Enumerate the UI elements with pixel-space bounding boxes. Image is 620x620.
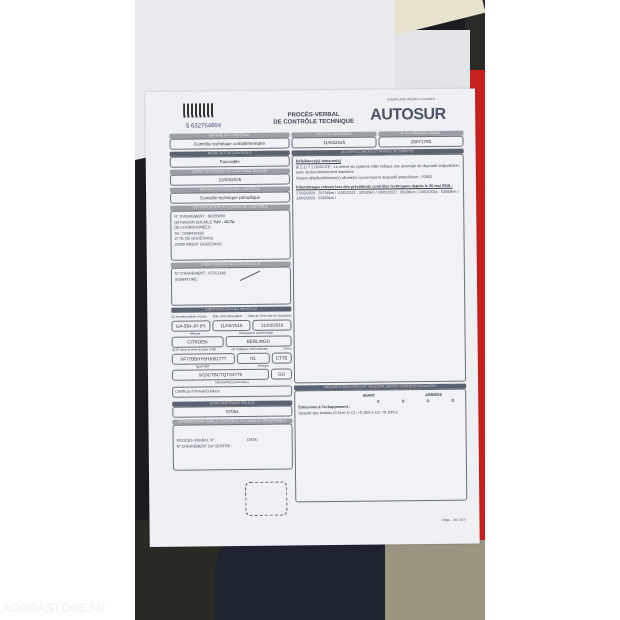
document-photo: S 632754604 EXEMPLAIRE REMIS A L'USAGER … <box>135 0 485 620</box>
measures-box: AVANT ARRIÈRE G D G D Émissions à l'écha… <box>294 389 467 503</box>
previous-control-box: PROCÈS-VERBAL N° : DATE : N° D'AGRÉMENT … <box>172 423 292 470</box>
rear-left-label: G <box>427 399 430 405</box>
pv-number-value: 25071789 <box>378 136 463 148</box>
controller-box: N° D'AGRÉMENT : 072C1148 SIGNATURE : <box>171 266 291 305</box>
energy-value: GO <box>271 368 292 379</box>
signature-label: SIGNATURE : <box>175 276 287 283</box>
defect-2: Voyant défaillant/témoin(s) allumé(s) co… <box>296 174 460 181</box>
front-label: AVANT <box>363 394 376 400</box>
right-column: DATE DU CONTRÔLE 11/03/2025 N° DU PROCÈS… <box>291 131 467 503</box>
front-left-label: G <box>377 399 380 405</box>
left-column: NATURE DU CONTRÔLE Contrôle technique co… <box>169 132 293 470</box>
prev-centre-label: N° D'AGRÉMENT DU CENTRE : <box>177 443 289 450</box>
centre-city: 29200 BREST GOUESNOU <box>175 241 287 248</box>
category-label: (3) Catégorie internationale <box>231 347 267 353</box>
controller-agrement: 072C1148 <box>208 271 225 275</box>
plate-value: GA-554-JH (F) <box>171 320 210 331</box>
body-label: Genre <box>283 346 291 352</box>
centre-name: TUV - OCTA <box>213 220 234 224</box>
watermark: AGORASTORE.FR <box>2 603 105 615</box>
copy-label: EXEMPLAIRE REMIS A L'USAGER <box>387 97 435 101</box>
centre-name-label: (8) RAISON SOCIALE <box>174 220 212 224</box>
vehicle-box: (3) Immatriculation et pays Date d'immat… <box>171 311 292 399</box>
defects-box: Défaillance(s) mineure(s) (6.2.1) 7.1 OP… <box>292 154 466 384</box>
inspection-report: S 632754604 EXEMPLAIRE REMIS A L'USAGER … <box>145 89 480 547</box>
date-value: 11/03/2025 <box>291 137 376 149</box>
barcode <box>183 103 213 117</box>
make-value: CITROEN <box>172 336 224 348</box>
report-title: PROCÈS-VERBAL DE CONTRÔLE TECHNIQUE <box>273 112 354 127</box>
centre-box: N° D'AGRÉMENT : S0285050 (8) RAISON SOCI… <box>170 209 291 260</box>
stamp-area <box>245 482 287 516</box>
vin-value: VF77BBHY6HJ681777 <box>172 353 235 365</box>
autosur-logo: AUTOSUR <box>370 106 446 125</box>
nature-value: Contrôle technique complémentaire <box>169 137 289 149</box>
centre-agrement: S0285050 <box>208 214 225 218</box>
prev-pv-label: PROCÈS-VERBAL N° : <box>177 438 217 442</box>
mileage-value: 57064 <box>172 405 292 417</box>
next-control-value: Contrôle technique périodique <box>170 191 290 203</box>
validity-value: 13/03/2026 <box>170 173 290 185</box>
model-value: BERLINGO <box>225 335 292 347</box>
reg-date-label: Date d'immatriculation <box>213 314 243 320</box>
result-value: Favorable <box>170 155 290 167</box>
footer-note: Mdgp - Juin 2024 <box>442 518 465 522</box>
type-value: 9/10CTBCTQTS4779 <box>172 369 269 381</box>
centre-agrement-label: N° D'AGRÉMENT : <box>174 214 206 218</box>
front-right-label: D <box>402 399 405 405</box>
rear-right-label: D <box>451 398 454 404</box>
title-line-2: DE CONTRÔLE TECHNIQUE <box>273 119 354 127</box>
first-circ-value: 11/03/2016 <box>253 319 292 330</box>
serial-number: S 632754604 <box>185 123 221 129</box>
history-values: 27/03/2020 : 25756km / 11/02/2021 : 3253… <box>296 189 460 202</box>
background-gravel <box>385 540 485 620</box>
docs-value: Certificat d'immatriculation. <box>172 385 292 398</box>
category-value: N1 <box>237 352 270 363</box>
controller-agrement-label: N° D'AGRÉMENT : <box>175 271 207 275</box>
prev-date-label: DATE : <box>247 438 259 442</box>
plate-label: (3) Immatriculation et pays <box>171 314 206 320</box>
body-value: CTTE <box>271 352 291 363</box>
reg-date-value: 11/03/2016 <box>212 319 251 330</box>
emissions-values: Opacité des fumées (0.51m-1) C1: <0.10m-… <box>298 409 462 416</box>
